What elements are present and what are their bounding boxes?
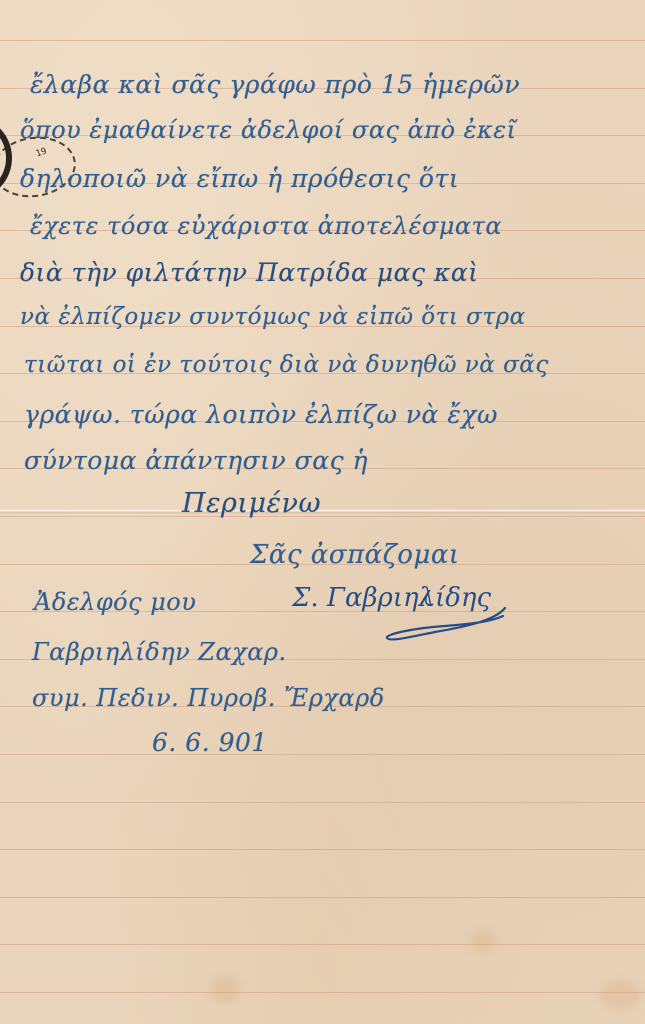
paper-stain [210,975,240,1003]
letter-line-1: ἔλαβα καὶ σᾶς γράφω πρὸ 15 ἡμερῶν [30,72,520,97]
ruled-line [0,754,645,755]
letter-line-6: νὰ ἐλπίζομεν συντόμως νὰ εἰπῶ ὅτι στρα [20,306,526,329]
paper-stain [600,980,640,1010]
address-line-1: Γαβριηλίδην Ζαχαρ. [32,640,287,664]
closing-wait: Περιμένω [182,490,321,517]
ruled-line [0,802,645,803]
letter-line-7: τιῶται οἱ ἐν τούτοις διὰ νὰ δυνηθῶ νὰ σᾶ… [24,354,549,377]
address-line-2: συμ. Πεδιν. Πυροβ. Ἔρχαρδ [32,686,385,710]
closing-valediction: Ἀδελφός μου [34,590,196,614]
closing-greeting: Σᾶς ἀσπάζομαι [250,542,460,568]
letter-line-3: δηλοποιῶ νὰ εἴπω ἡ πρόθεσις ὅτι [20,166,459,191]
ruled-line [0,849,645,850]
letter-page: 19 ἔλαβα καὶ σᾶς γράφω πρὸ 15 ἡμερῶν ὅπο… [0,0,645,1024]
letter-line-5: διὰ τὴν φιλτάτην Πατρίδα μας καὶ [20,260,479,285]
address-date: 6. 6. 901 [152,730,268,755]
letter-line-8: γράψω. τώρα λοιπὸν ἐλπίζω νὰ ἔχω [24,402,498,427]
signature-flourish [375,590,535,650]
letter-line-4: ἔχετε τόσα εὐχάριστα ἀποτελέσματα [30,214,502,238]
ruled-line [0,897,645,898]
ruled-line [0,944,645,945]
paper-stain [470,930,496,952]
letter-line-9: σύντομα ἀπάντησιν σας ἡ [24,448,368,473]
ruled-line [0,40,645,41]
ruled-line [0,992,645,993]
letter-line-2: ὅπου ἐμαθαίνετε ἀδελφοί σας ἀπὸ ἐκεῖ [20,118,517,142]
fold-crease [0,509,645,514]
ruled-line [0,516,645,517]
